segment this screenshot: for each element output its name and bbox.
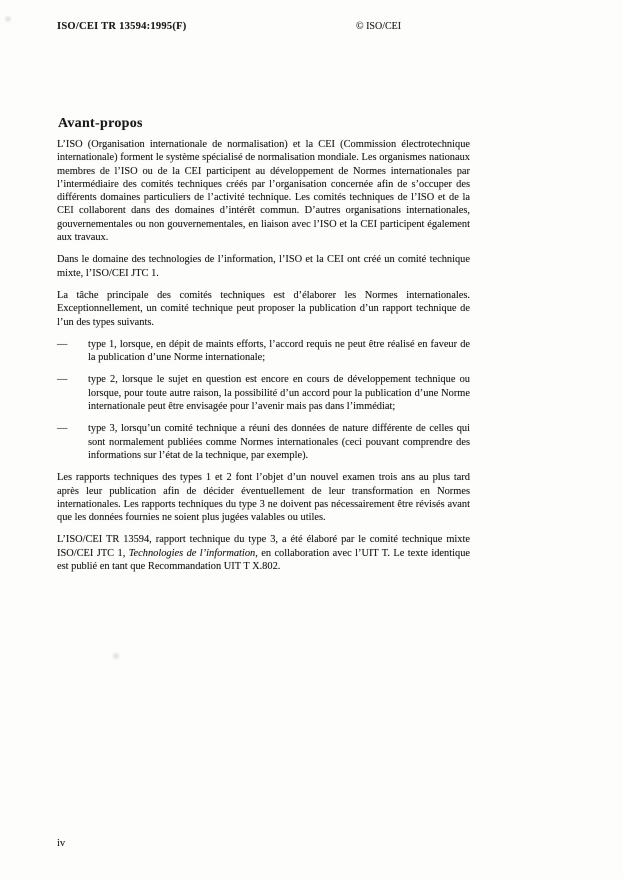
list-item: — type 3, lorsqu’un comité technique a r…: [57, 422, 470, 462]
list-item-text-type-1: type 1, lorsque, en dépit de maints effo…: [88, 338, 470, 365]
list-item: — type 1, lorsque, en dépit de maints ef…: [57, 338, 470, 365]
list-dash-marker: —: [57, 338, 88, 365]
document-page: ISO/CEI TR 13594:1995(F) © ISO/CEI Avant…: [0, 0, 623, 879]
footer-page-number: iv: [57, 838, 65, 849]
final-paragraph-italic-title: Technologies de l’information: [129, 548, 256, 559]
intro-paragraph-2: Dans le domaine des technologies de l’in…: [57, 253, 470, 280]
scan-artifact: [110, 652, 122, 660]
header-document-reference: ISO/CEI TR 13594:1995(F): [57, 21, 186, 32]
body-text-column: L’ISO (Organisation internationale de no…: [57, 138, 470, 582]
list-dash-marker: —: [57, 373, 88, 413]
final-paragraph: L’ISO/CEI TR 13594, rapport technique du…: [57, 533, 470, 573]
list-item-text-type-2: type 2, lorsque le sujet en question est…: [88, 373, 470, 413]
intro-paragraph-3: La tâche principale des comités techniqu…: [57, 289, 470, 329]
page-title: Avant-propos: [58, 116, 143, 132]
header-copyright: © ISO/CEI: [356, 21, 401, 32]
list-item: — type 2, lorsque le sujet en question e…: [57, 373, 470, 413]
review-paragraph: Les rapports techniques des types 1 et 2…: [57, 471, 470, 524]
report-type-list: — type 1, lorsque, en dépit de maints ef…: [57, 338, 470, 462]
intro-paragraph-1: L’ISO (Organisation internationale de no…: [57, 138, 470, 244]
list-dash-marker: —: [57, 422, 88, 462]
scan-artifact: [4, 14, 12, 24]
list-item-text-type-3: type 3, lorsqu’un comité technique a réu…: [88, 422, 470, 462]
